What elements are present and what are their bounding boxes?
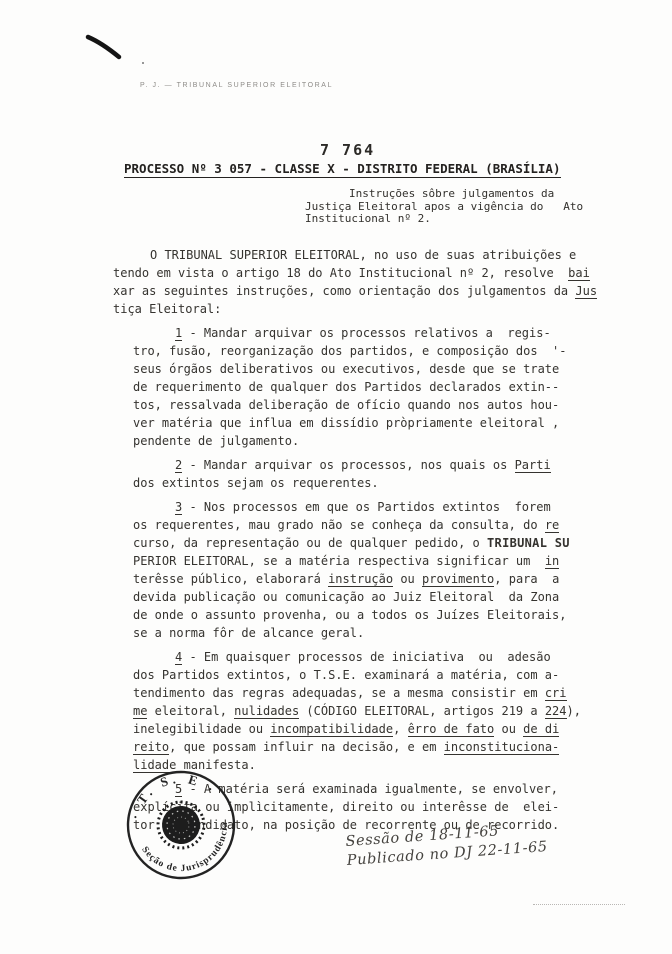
text-run: cri xyxy=(545,686,567,701)
text-line: de requerimento de qualquer dos Partidos… xyxy=(133,378,633,396)
text-run: de onde o assunto provenha, ou a todos o… xyxy=(133,608,566,622)
text-run: de requerimento de qualquer dos Partidos… xyxy=(133,380,559,394)
scan-artifact-dotted-line xyxy=(533,904,625,905)
text-run: se a norma fôr de alcance geral. xyxy=(133,626,364,640)
text-line: tendimento das regras adequadas, se a me… xyxy=(133,684,633,702)
text-run: instrução xyxy=(328,572,393,587)
text-run: PERIOR ELEITORAL, se a matéria respectiv… xyxy=(133,554,545,568)
text-run: nulidades xyxy=(234,704,299,719)
instruction-item-3: 3 - Nos processos em que os Partidos ext… xyxy=(133,498,633,642)
text-line: dos extintos sejam os requerentes. xyxy=(133,474,633,492)
text-run: tendimento das regras adequadas, se a me… xyxy=(133,686,545,700)
instruction-item-2: 2 - Mandar arquivar os processos, nos qu… xyxy=(133,456,633,492)
text-line: PERIOR ELEITORAL, se a matéria respectiv… xyxy=(133,552,633,570)
text-run: seus órgãos deliberativos ou executivos,… xyxy=(133,362,559,376)
text-run: êrro de fato xyxy=(408,722,495,737)
text-run: bai xyxy=(568,266,590,281)
text-run: (CÓDIGO ELEITORAL, artigos 219 a xyxy=(299,704,545,718)
text-line: reito, que possam influir na decisão, e … xyxy=(133,738,633,756)
process-title: PROCESSO Nº 3 057 - CLASSE X - DISTRITO … xyxy=(124,161,561,178)
text-line: tendo em vista o artigo 18 do Ato Instit… xyxy=(113,264,633,282)
text-run: - Nos processos em que os Partidos extin… xyxy=(182,500,550,514)
text-line: inelegibilidade ou incompatibilidade, êr… xyxy=(133,720,633,738)
text-line: 4 - Em quaisquer processos de iniciativa… xyxy=(133,648,633,666)
text-run: provimento xyxy=(422,572,494,587)
document-number: 7 764 xyxy=(320,141,375,159)
text-line: tiça Eleitoral: xyxy=(113,300,633,318)
text-run: tiça Eleitoral: xyxy=(113,302,221,316)
pen-stroke-mark xyxy=(80,28,140,70)
text-run: ), xyxy=(567,704,581,718)
text-run: de di xyxy=(523,722,559,737)
form-header-label: P. J. — TRIBUNAL SUPERIOR ELEITORAL xyxy=(140,82,333,89)
text-line: xar as seguintes instruções, como orient… xyxy=(113,282,633,300)
text-run: ou xyxy=(494,722,523,736)
text-line: pendente de julgamento. xyxy=(133,432,633,450)
document-body: O TRIBUNAL SUPERIOR ELEITORAL, no uso de… xyxy=(113,246,633,840)
text-run: Institucional nº 2. xyxy=(305,212,431,225)
text-run: Instruções sôbre julgamentos da xyxy=(349,187,554,200)
text-run: inelegibilidade ou xyxy=(133,722,270,736)
instruction-item-4: 4 - Em quaisquer processos de iniciativa… xyxy=(133,648,633,774)
text-run: , xyxy=(393,722,407,736)
text-run: eleitoral, xyxy=(147,704,234,718)
text-line: terêsse público, elaborará instrução ou … xyxy=(133,570,633,588)
text-run: os requerentes, mau grado não se conheça… xyxy=(133,518,545,532)
text-run: , que possam influir na decisão, e em xyxy=(169,740,444,754)
ementa-summary: Instruções sôbre julgamentos daJustiça E… xyxy=(305,188,595,226)
text-run: in xyxy=(545,554,559,569)
text-run: devida publicação ou comunicação ao Juiz… xyxy=(133,590,559,604)
text-line: tro, fusão, reorganização dos partidos, … xyxy=(133,342,633,360)
text-run: me xyxy=(133,704,147,719)
text-run: TRIBUNAL SU xyxy=(487,536,570,550)
text-run: dos Partidos extintos, o T.S.E. examinar… xyxy=(133,668,559,682)
text-run: terêsse público, elaborará xyxy=(133,572,328,586)
text-run: ou xyxy=(393,572,422,586)
text-run: incompatibilidade xyxy=(270,722,393,737)
text-line: 3 - Nos processos em que os Partidos ext… xyxy=(133,498,633,516)
text-run: Parti xyxy=(515,458,551,473)
text-run: O TRIBUNAL SUPERIOR ELEITORAL, no uso de… xyxy=(150,248,576,262)
text-run: re xyxy=(545,518,559,533)
text-line: O TRIBUNAL SUPERIOR ELEITORAL, no uso de… xyxy=(113,246,633,264)
text-line: ver matéria que influa em dissídio pròpr… xyxy=(133,414,633,432)
text-line: 1 - Mandar arquivar os processos relativ… xyxy=(133,324,633,342)
text-run: ver matéria que influa em dissídio pròpr… xyxy=(133,416,559,430)
stamp-emblem xyxy=(152,796,210,854)
text-run: curso, da representação ou de qualquer p… xyxy=(133,536,487,550)
text-line: seus órgãos deliberativos ou executivos,… xyxy=(133,360,633,378)
text-run: 224 xyxy=(545,704,567,719)
text-run: inconstituciona- xyxy=(444,740,560,755)
jurisprudence-round-stamp: · T. S. E · Seção de Jurisprudência xyxy=(120,764,242,886)
text-line: dos Partidos extintos, o T.S.E. examinar… xyxy=(133,666,633,684)
intro-paragraph: O TRIBUNAL SUPERIOR ELEITORAL, no uso de… xyxy=(113,246,633,318)
text-run: reito xyxy=(133,740,169,755)
text-run: tro, fusão, reorganização dos partidos, … xyxy=(133,344,566,358)
text-run: - Em quaisquer processos de iniciativa o… xyxy=(182,650,550,664)
text-run: dos extintos sejam os requerentes. xyxy=(133,476,379,490)
text-line: 2 - Mandar arquivar os processos, nos qu… xyxy=(133,456,633,474)
text-line: Institucional nº 2. xyxy=(305,213,595,226)
scanned-document-page: P. J. — TRIBUNAL SUPERIOR ELEITORAL 7 76… xyxy=(0,0,672,954)
text-run: Jus xyxy=(575,284,597,299)
text-run: Justiça Eleitoral apos a vigência do Ato xyxy=(305,200,583,213)
text-line: devida publicação ou comunicação ao Juiz… xyxy=(133,588,633,606)
text-line: me eleitoral, nulidades (CÓDIGO ELEITORA… xyxy=(133,702,633,720)
text-line: de onde o assunto provenha, ou a todos o… xyxy=(133,606,633,624)
text-run: tos, ressalvada deliberação de ofício qu… xyxy=(133,398,559,412)
ink-speck xyxy=(142,62,144,64)
text-line: se a norma fôr de alcance geral. xyxy=(133,624,633,642)
text-run: - Mandar arquivar os processos, nos quai… xyxy=(182,458,514,472)
text-run: pendente de julgamento. xyxy=(133,434,299,448)
text-run: , para a xyxy=(494,572,559,586)
text-line: os requerentes, mau grado não se conheça… xyxy=(133,516,633,534)
text-line: curso, da representação ou de qualquer p… xyxy=(133,534,633,552)
instruction-item-1: 1 - Mandar arquivar os processos relativ… xyxy=(133,324,633,450)
text-line: tos, ressalvada deliberação de ofício qu… xyxy=(133,396,633,414)
text-run: - Mandar arquivar os processos relativos… xyxy=(182,326,550,340)
text-run: xar as seguintes instruções, como orient… xyxy=(113,284,575,298)
text-run: tendo em vista o artigo 18 do Ato Instit… xyxy=(113,266,568,280)
